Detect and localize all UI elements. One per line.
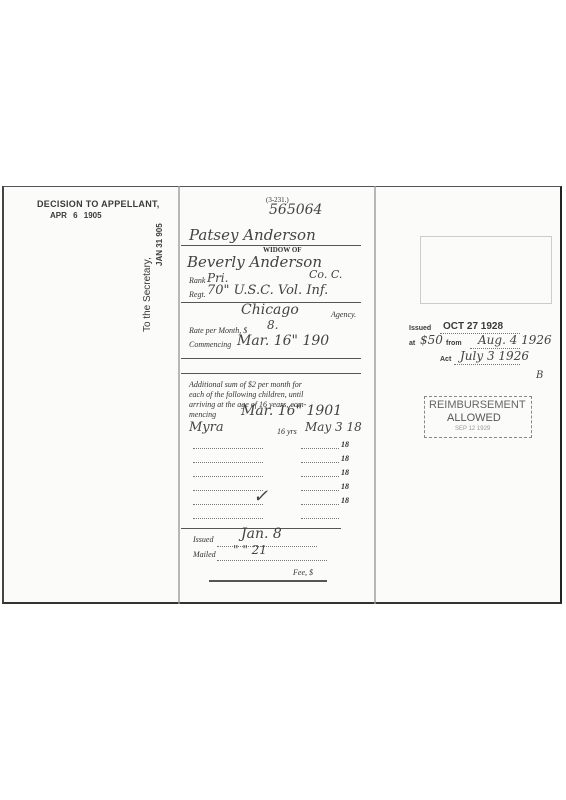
additional-text-1: Additional sum of $2 per month for (189, 380, 302, 389)
mailed-label: Mailed (193, 550, 216, 559)
rank-label: Rank (189, 276, 205, 285)
decision-stamp: DECISION TO APPELLANT, (37, 199, 160, 209)
at-value: $50 (420, 333, 443, 347)
child-row-suffix: 18 (341, 454, 349, 463)
secretary-note: To the Secretary, (142, 257, 153, 332)
reimbursement-date: SEP 12 1929 (455, 426, 490, 432)
initial-mark: B (536, 370, 543, 381)
fold-line-right (374, 186, 376, 604)
issued-label: Issued (193, 535, 213, 544)
regt-label: Regt. (189, 290, 206, 299)
pensioner-name: Patsey Anderson (189, 226, 316, 244)
commencing-value: Mar. 16" 190 (237, 333, 329, 349)
additional-commencing-value: Mar. 16" 1901 (241, 403, 342, 419)
secretary-date: JAN 31 905 (155, 223, 164, 266)
act-value: July 3 1926 (460, 349, 529, 363)
agency-value: Chicago (241, 302, 299, 318)
decision-date: APR 6 1905 (50, 211, 102, 220)
regt-value: 70" U.S.C. Vol. Inf. (207, 283, 328, 298)
reimbursement-stamp-line-2: ALLOWED (447, 412, 501, 424)
issued-label-right: Issued (409, 325, 431, 332)
issued-value: Jan. 8 (241, 526, 282, 542)
child-age-label: 16 yrs (277, 427, 297, 436)
mailed-value: " " 21 (233, 543, 267, 557)
checkmark-icon: ✓ (253, 486, 268, 507)
agency-label: Agency. (331, 310, 356, 319)
fee-label: Fee, $ (293, 568, 313, 577)
child-row-suffix: 18 (341, 468, 349, 477)
from-value: Aug. 4 1926 (478, 333, 552, 347)
child-row-suffix: 18 (341, 440, 349, 449)
rate-value: 8. (267, 318, 278, 332)
fold-line-left (178, 186, 180, 604)
from-label: from (446, 340, 462, 347)
additional-text-4: mencing (189, 410, 216, 419)
reimbursement-stamp-line-1: REIMBURSEMENT (429, 399, 526, 411)
soldier-name: Beverly Anderson (187, 253, 322, 271)
pension-certificate-panel: (3-231.) 565064 Patsey Anderson WIDOW OF… (181, 190, 371, 585)
company-value: Co. C. (309, 268, 342, 281)
act-label: Act (440, 356, 451, 363)
child-row-suffix: 18 (341, 482, 349, 491)
child-name: Myra (189, 420, 224, 435)
child-row-suffix: 18 (341, 496, 349, 505)
at-label: at (409, 340, 415, 347)
certificate-number: 565064 (269, 202, 322, 218)
commencing-label: Commencing (189, 340, 231, 349)
issued-date-right: OCT 27 1928 (443, 321, 503, 332)
faded-stamp-box (420, 236, 552, 304)
child-date: May 3 18 (305, 420, 362, 434)
additional-text-2: each of the following children, until (189, 390, 303, 399)
